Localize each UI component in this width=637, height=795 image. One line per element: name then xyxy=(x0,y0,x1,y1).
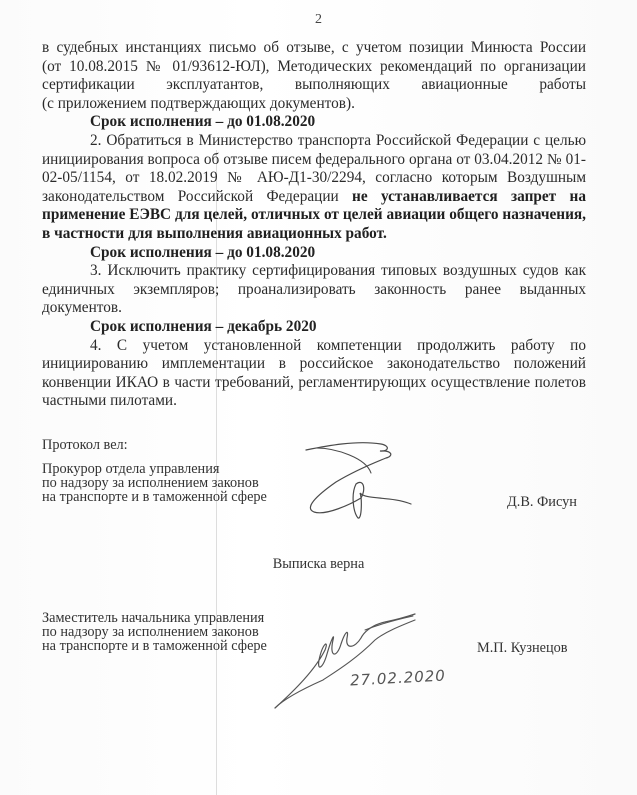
paragraph-2: 2. Обратиться в Министерство транспорта … xyxy=(42,132,586,244)
protocol-position-line-1: Прокурор отдела управления xyxy=(42,462,267,476)
paragraph-4-text-before: 4. С учетом установленной компетенции xyxy=(90,337,417,354)
deadline-3: Срок исполнения – декабрь 2020 xyxy=(42,318,586,337)
signature-fisun-icon xyxy=(296,438,426,528)
paragraph-1-line-4: (с приложением подтверждающих документов… xyxy=(42,95,586,114)
protocol-label: Протокол вел: xyxy=(42,437,128,454)
document-page: 2 в судебных инстанциях письмо об отзыве… xyxy=(0,0,637,795)
certifier-position-line-3: на транспорте и в таможенной сфере xyxy=(42,639,267,653)
document-body: в судебных инстанциях письмо об отзыве, … xyxy=(42,39,586,411)
paragraph-1-line-3: сертификации эксплуатантов, выполняющих … xyxy=(42,76,586,95)
deadline-1: Срок исполнения – до 01.08.2020 xyxy=(42,113,586,132)
extract-certified-label: Выписка верна xyxy=(0,556,637,573)
protocol-position-line-3: на транспорте и в таможенной сфере xyxy=(42,490,267,504)
certifier-name: М.П. Кузнецов xyxy=(477,640,568,657)
paragraph-3: 3. Исключить практику сертифицирования т… xyxy=(42,262,586,318)
paragraph-4: 4. С учетом установленной компетенции пр… xyxy=(42,337,586,411)
paragraph-4-emphasis: продолжить xyxy=(417,337,495,354)
protocol-signatory-name: Д.В. Фисун xyxy=(507,494,577,511)
certifier-position-line-2: по надзору за исполнением законов xyxy=(42,625,267,639)
deadline-2: Срок исполнения – до 01.08.2020 xyxy=(42,244,586,263)
protocol-position-line-2: по надзору за исполнением законов xyxy=(42,476,267,490)
certifier-position-line-1: Заместитель начальника управления xyxy=(42,611,267,625)
signature-kuznetsov-icon xyxy=(265,610,435,715)
paragraph-1-line-2: (от 10.08.2015 № 01/93612-ЮЛ), Методичес… xyxy=(42,58,586,77)
page-number: 2 xyxy=(0,12,637,28)
paragraph-1-line-1: в судебных инстанциях письмо об отзыве, … xyxy=(42,39,586,58)
certifier-position: Заместитель начальника управления по над… xyxy=(42,611,267,654)
protocol-position: Прокурор отдела управления по надзору за… xyxy=(42,462,267,505)
